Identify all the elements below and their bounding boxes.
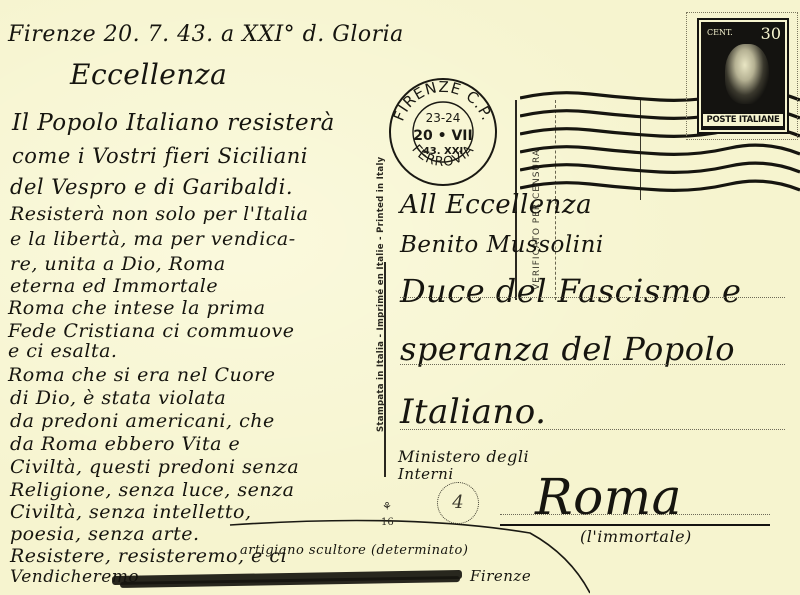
message-line: Resisterà non solo per l'Italia <box>10 203 308 225</box>
signature: Roma <box>535 468 682 526</box>
postmark: FIRENZE C.P. FERROVIA 23-24 20 • VII 43.… <box>387 76 499 188</box>
message-line: da predoni americani, che <box>10 410 275 432</box>
address-dotted-line <box>400 297 785 298</box>
message-line: Civiltà, questi predoni senza <box>10 456 299 478</box>
salutation: Eccellenza <box>70 58 227 91</box>
message-line: Religione, senza luce, senza <box>10 479 294 501</box>
message-line: poesia, senza arte. <box>10 523 200 545</box>
postcard: Firenze 20. 7. 43. a XXI° d. Gloria Ecce… <box>0 0 800 595</box>
dateline: Firenze 20. 7. 43. a XXI° d. Gloria <box>8 22 404 47</box>
ministry-note: Ministero degli <box>398 447 529 466</box>
address-line: speranza del Popolo <box>400 330 735 368</box>
curved-stroke <box>210 515 590 595</box>
printer-logo-icon: ⚘ <box>382 500 392 513</box>
stamp-currency: CENT. <box>707 28 733 37</box>
message-line: di Dio, è stata violata <box>10 387 226 409</box>
portrait-icon <box>725 44 769 104</box>
address-line: Benito Mussolini <box>400 232 604 258</box>
message-line: Roma che si era nel Cuore <box>8 364 276 386</box>
address-dotted-line <box>400 364 785 365</box>
message-line: come i Vostri fieri Siciliani <box>12 144 308 168</box>
stamp-country: POSTE ITALIANE <box>703 114 783 126</box>
printed-vertical-text: Stampata in Italia - Imprimé en Italie -… <box>376 156 386 432</box>
svg-text:43. XXI: 43. XXI <box>423 146 463 157</box>
message-line: re, unita a Dio, Roma <box>10 253 226 275</box>
card-number: 16 <box>381 517 394 528</box>
address-line: All Eccellenza <box>400 190 592 220</box>
ministry-note: Interni <box>398 465 454 483</box>
message-line: e ci esalta. <box>8 340 117 362</box>
numbered-circle-mark: 4 <box>437 482 479 524</box>
message-line: Il Popolo Italiano resisterà <box>12 110 335 136</box>
svg-text:20 • VII: 20 • VII <box>413 128 472 144</box>
message-line: del Vespro e di Garibaldi. <box>10 175 293 199</box>
message-line: Roma che intese la prima <box>8 297 266 319</box>
stamp-value: 30 <box>761 24 781 43</box>
address-line: Italiano. <box>400 392 546 432</box>
message-line: e la libertà, ma per vendica- <box>10 228 296 250</box>
signature-underline <box>500 524 770 526</box>
message-line: da Roma ebbero Vita e <box>10 433 240 455</box>
message-line: Fede Cristiana ci commuove <box>8 320 294 342</box>
address-dotted-line <box>400 429 785 430</box>
address-line: Duce del Fascismo e <box>400 272 741 310</box>
svg-text:23-24: 23-24 <box>426 111 461 125</box>
postage-stamp: CENT. 30 POSTE ITALIANE <box>697 18 789 134</box>
message-line: eterna ed Immortale <box>10 275 218 297</box>
signature-caption: (l'immortale) <box>580 527 692 546</box>
